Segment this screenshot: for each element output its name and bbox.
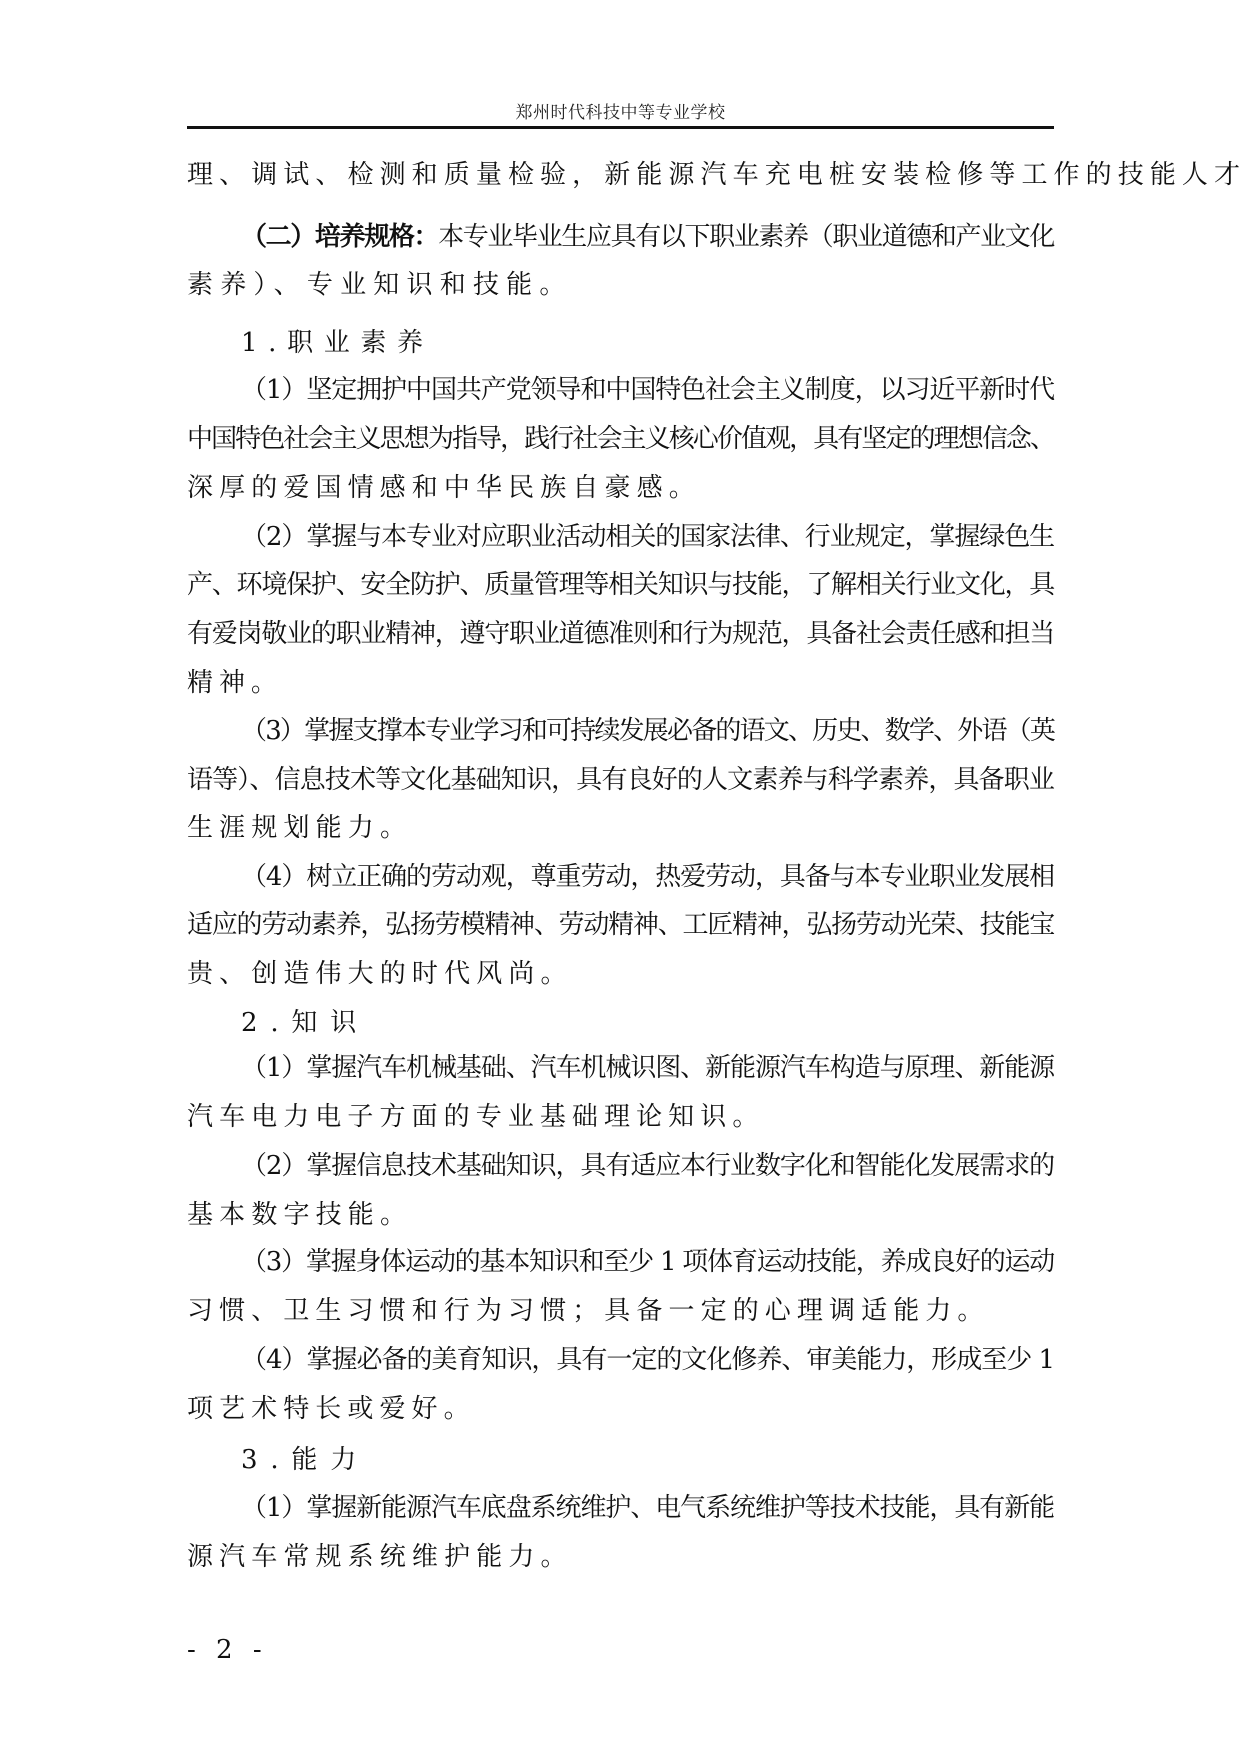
text-line: 3.能力 bbox=[241, 1440, 369, 1480]
line-text: （1）掌握汽车机械基础、汽车机械识图、新能源汽车构造与原理、新能源 bbox=[241, 1053, 1054, 1083]
text-line: （3）掌握支撑本专业学习和可持续发展必备的语文、历史、数学、外语（英 bbox=[241, 711, 1054, 751]
text-line: 1.职业素养 bbox=[241, 323, 434, 363]
line-text: 源汽车常规系统维护能力。 bbox=[187, 1542, 573, 1572]
text-line: 素养）、专业知识和技能。 bbox=[187, 265, 573, 305]
line-text: （2）掌握与本专业对应职业活动相关的国家法律、行业规定，掌握绿色生 bbox=[241, 522, 1054, 552]
text-line: 2.知识 bbox=[241, 1003, 369, 1043]
page-number: - 2 - bbox=[187, 1632, 268, 1668]
text-line: 贵、创造伟大的时代风尚。 bbox=[187, 954, 573, 994]
text-line: 项艺术特长或爱好。 bbox=[187, 1389, 476, 1429]
text-line: 中国特色社会主义思想为指导，践行社会主义核心价值观，具有坚定的理想信念、 bbox=[187, 419, 1054, 459]
text-line: （3）掌握身体运动的基本知识和至少 1 项体育运动技能，养成良好的运动 bbox=[241, 1242, 1054, 1282]
line-text: 适应的劳动素养，弘扬劳模精神、劳动精神、工匠精神，弘扬劳动光荣、技能宝 bbox=[187, 910, 1054, 940]
text-line: （4）掌握必备的美育知识，具有一定的文化修养、审美能力，形成至少 1 bbox=[241, 1340, 1054, 1380]
line-text: 项艺术特长或爱好。 bbox=[187, 1394, 476, 1424]
line-text: 语等）、信息技术等文化基础知识，具有良好的人文素养与科学素养，具备职业 bbox=[187, 765, 1054, 795]
text-line: 汽车电力电子方面的专业基础理论知识。 bbox=[187, 1097, 764, 1137]
document-page: 郑州时代科技中等专业学校 理、调试、检测和质量检验，新能源汽车充电桩安装检修等工… bbox=[0, 0, 1241, 1754]
text-line: （2）掌握与本专业对应职业活动相关的国家法律、行业规定，掌握绿色生 bbox=[241, 517, 1054, 557]
line-text: （3）掌握支撑本专业学习和可持续发展必备的语文、历史、数学、外语（英 bbox=[241, 716, 1054, 746]
line-text: 2.知识 bbox=[241, 1008, 369, 1038]
text-line: （1）坚定拥护中国共产党领导和中国特色社会主义制度，以习近平新时代 bbox=[241, 370, 1054, 410]
line-text: （1）掌握新能源汽车底盘系统维护、电气系统维护等技术技能，具有新能 bbox=[241, 1493, 1054, 1523]
line-text: 汽车电力电子方面的专业基础理论知识。 bbox=[187, 1102, 764, 1132]
text-line: 语等）、信息技术等文化基础知识，具有良好的人文素养与科学素养，具备职业 bbox=[187, 760, 1054, 800]
text-line: （1）掌握汽车机械基础、汽车机械识图、新能源汽车构造与原理、新能源 bbox=[241, 1048, 1054, 1088]
header-rule bbox=[187, 126, 1054, 129]
line-text: 产、环境保护、安全防护、质量管理等相关知识与技能，了解相关行业文化，具 bbox=[187, 570, 1054, 600]
line-text: 本专业毕业生应具有以下职业素养（职业道德和产业文化 bbox=[438, 222, 1054, 252]
text-line: 理、调试、检测和质量检验，新能源汽车充电桩安装检修等工作的技能人才。 bbox=[187, 155, 1241, 195]
line-text: 精神。 bbox=[187, 668, 283, 698]
text-line: 习惯、卫生习惯和行为习惯；具备一定的心理调适能力。 bbox=[187, 1291, 990, 1331]
text-line: 基本数字技能。 bbox=[187, 1195, 412, 1235]
text-line: （1）掌握新能源汽车底盘系统维护、电气系统维护等技术技能，具有新能 bbox=[241, 1488, 1054, 1528]
text-line: 适应的劳动素养，弘扬劳模精神、劳动精神、工匠精神，弘扬劳动光荣、技能宝 bbox=[187, 905, 1054, 945]
line-text: 生涯规划能力。 bbox=[187, 813, 412, 843]
line-text: 3.能力 bbox=[241, 1445, 369, 1475]
text-line: 源汽车常规系统维护能力。 bbox=[187, 1537, 573, 1577]
line-text: 1.职业素养 bbox=[241, 328, 434, 358]
line-text: 贵、创造伟大的时代风尚。 bbox=[187, 959, 573, 989]
section-heading: （二）培养规格： bbox=[241, 222, 438, 252]
text-line: 精神。 bbox=[187, 663, 283, 703]
text-line: 有爱岗敬业的职业精神，遵守职业道德准则和行为规范，具备社会责任感和担当 bbox=[187, 614, 1054, 654]
header-title: 郑州时代科技中等专业学校 bbox=[187, 101, 1054, 125]
text-line: 生涯规划能力。 bbox=[187, 808, 412, 848]
text-line: 深厚的爱国情感和中华民族自豪感。 bbox=[187, 468, 701, 508]
line-text: （4）树立正确的劳动观，尊重劳动，热爱劳动，具备与本专业职业发展相 bbox=[241, 862, 1054, 892]
line-text: （4）掌握必备的美育知识，具有一定的文化修养、审美能力，形成至少 1 bbox=[241, 1345, 1054, 1375]
line-text: （3）掌握身体运动的基本知识和至少 1 项体育运动技能，养成良好的运动 bbox=[241, 1247, 1054, 1277]
text-line: （二）培养规格：本专业毕业生应具有以下职业素养（职业道德和产业文化 bbox=[241, 217, 1054, 257]
line-text: 理、调试、检测和质量检验，新能源汽车充电桩安装检修等工作的技能人才。 bbox=[187, 160, 1241, 190]
line-text: 有爱岗敬业的职业精神，遵守职业道德准则和行为规范，具备社会责任感和担当 bbox=[187, 619, 1054, 649]
line-text: 基本数字技能。 bbox=[187, 1200, 412, 1230]
line-text: 中国特色社会主义思想为指导，践行社会主义核心价值观，具有坚定的理想信念、 bbox=[187, 424, 1054, 454]
text-line: （2）掌握信息技术基础知识，具有适应本行业数字化和智能化发展需求的 bbox=[241, 1146, 1054, 1186]
text-line: 产、环境保护、安全防护、质量管理等相关知识与技能，了解相关行业文化，具 bbox=[187, 565, 1054, 605]
line-text: （2）掌握信息技术基础知识，具有适应本行业数字化和智能化发展需求的 bbox=[241, 1151, 1054, 1181]
text-line: （4）树立正确的劳动观，尊重劳动，热爱劳动，具备与本专业职业发展相 bbox=[241, 857, 1054, 897]
line-text: 素养）、专业知识和技能。 bbox=[187, 270, 573, 300]
line-text: 深厚的爱国情感和中华民族自豪感。 bbox=[187, 473, 701, 503]
line-text: 习惯、卫生习惯和行为习惯；具备一定的心理调适能力。 bbox=[187, 1296, 990, 1326]
line-text: （1）坚定拥护中国共产党领导和中国特色社会主义制度，以习近平新时代 bbox=[241, 375, 1054, 405]
